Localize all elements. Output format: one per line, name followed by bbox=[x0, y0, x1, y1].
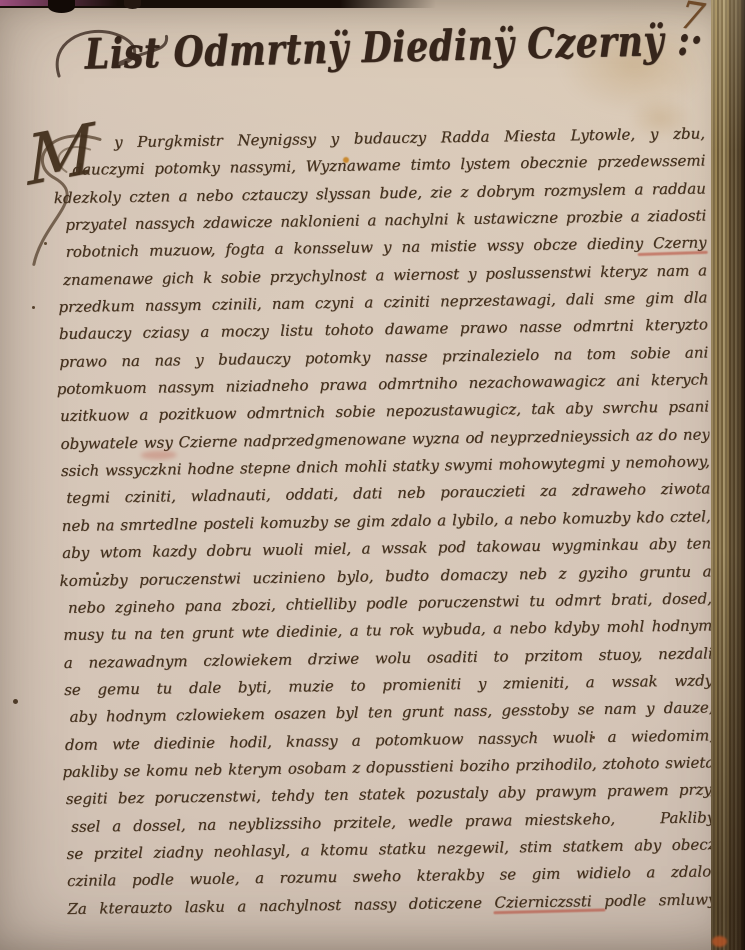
manuscript-photo: 7 List Odmrtnÿ Diedinÿ Czernÿ :· M y Pur… bbox=[0, 0, 745, 950]
manuscript-body: M y Purgkmistr Neynigssy y budauczy Radd… bbox=[50, 120, 717, 930]
bottom-right-red-mark bbox=[712, 936, 727, 947]
book-fore-edge bbox=[711, 0, 745, 950]
page-title: List Odmrtnÿ Diedinÿ Czernÿ :· bbox=[84, 15, 703, 78]
text-lines: y Purgkmistr Neynigssy y budauczy Radda … bbox=[50, 120, 717, 930]
handwritten-content: List Odmrtnÿ Diedinÿ Czernÿ :· M y Purgk… bbox=[0, 0, 745, 950]
manuscript-page: 7 List Odmrtnÿ Diedinÿ Czernÿ :· M y Pur… bbox=[0, 0, 745, 950]
